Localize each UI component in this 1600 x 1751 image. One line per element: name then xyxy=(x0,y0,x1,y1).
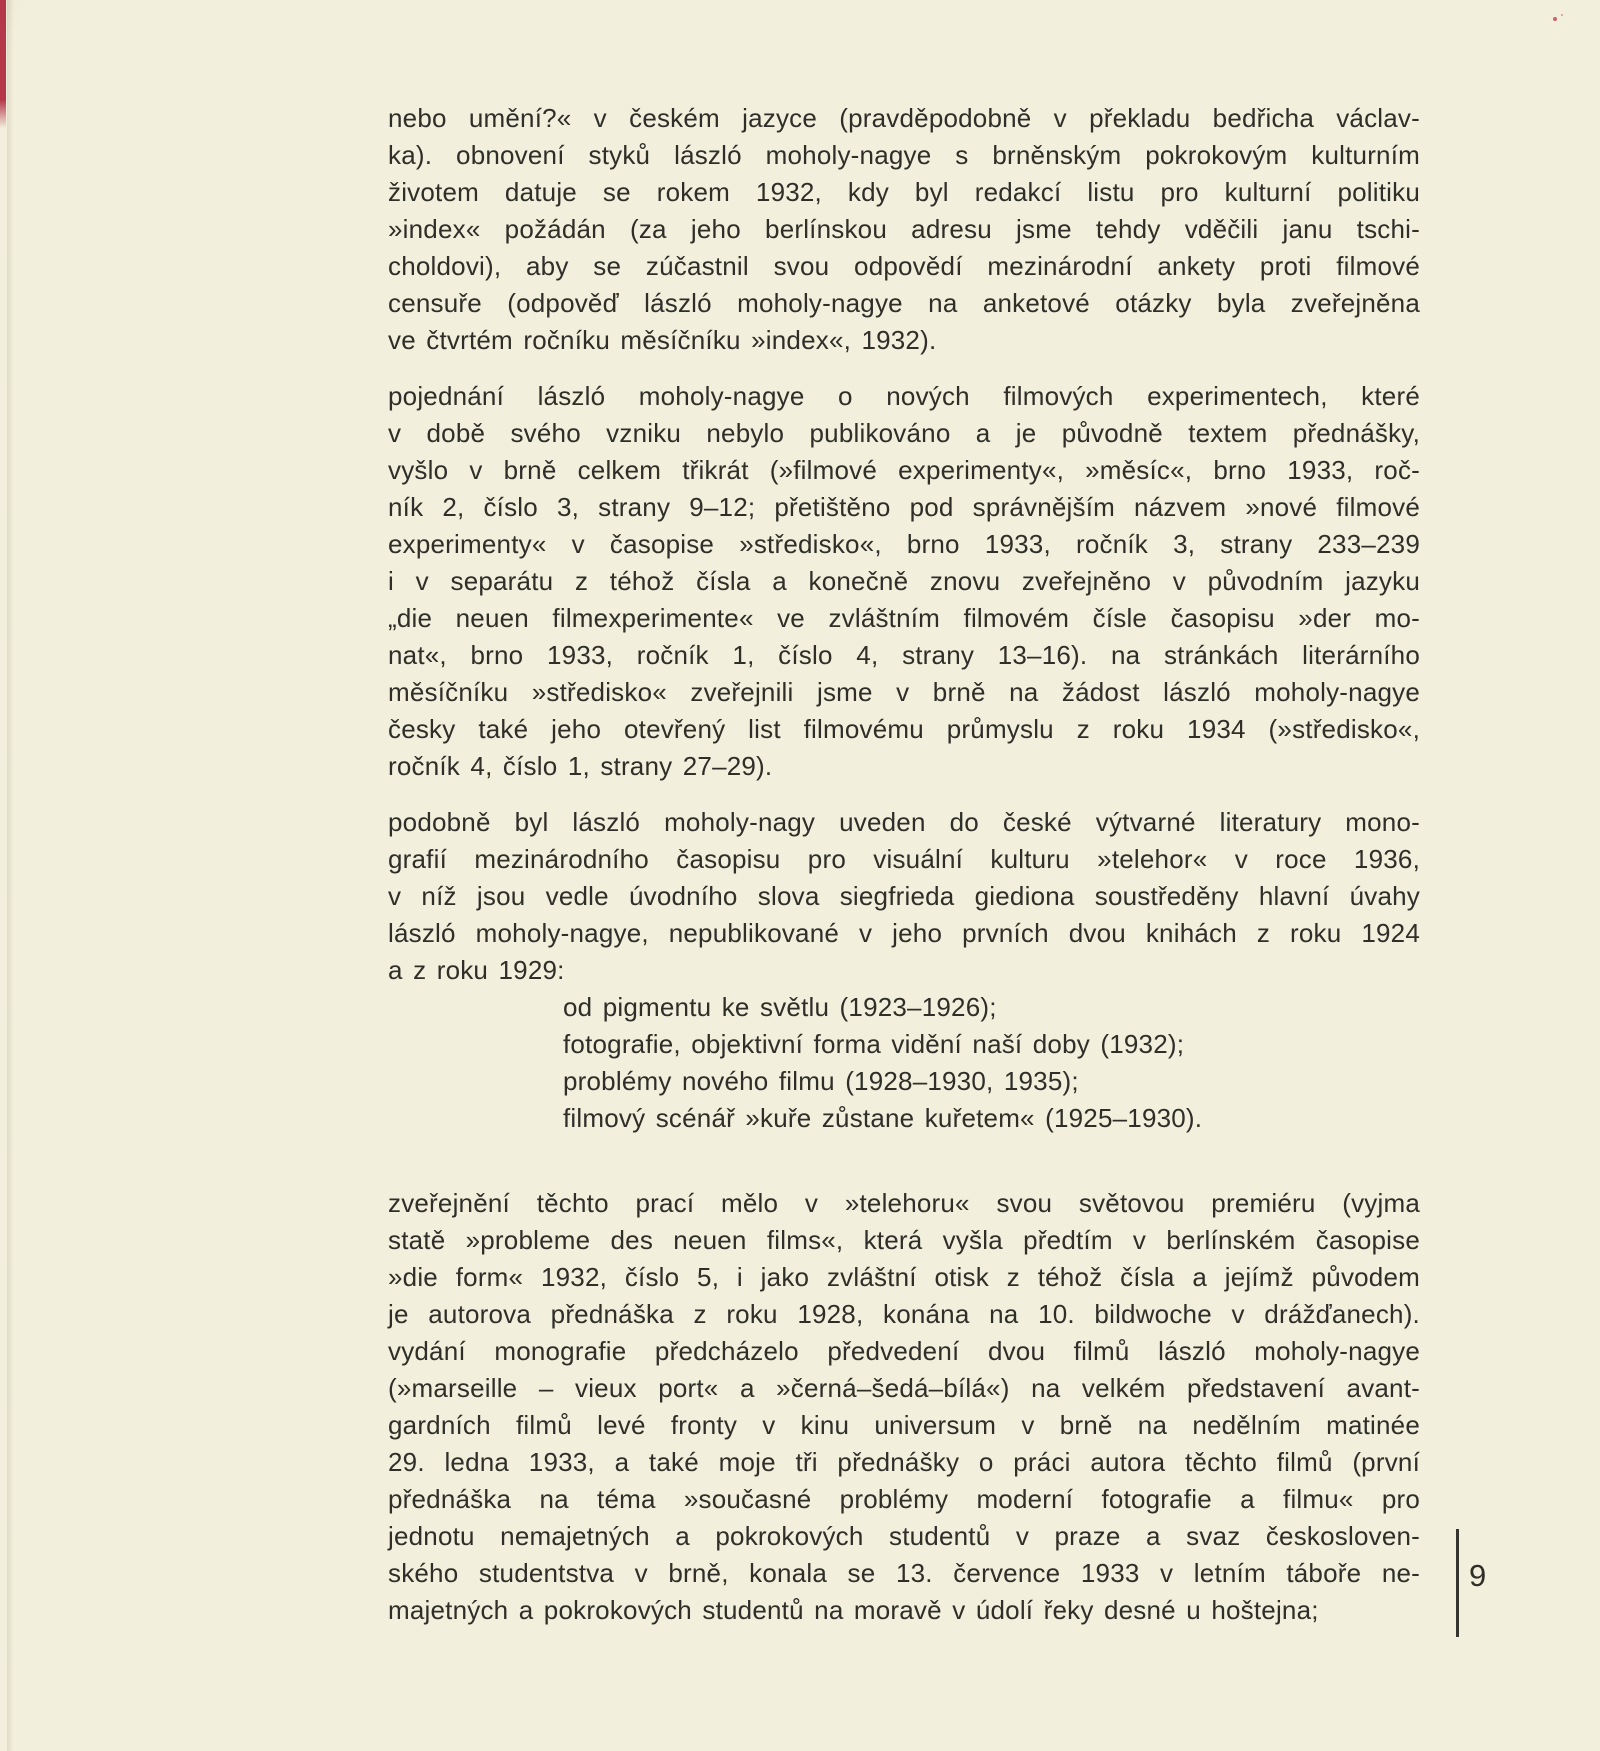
folio-rule xyxy=(1456,1529,1459,1637)
text-line: filmový scénář »kuře zůstane kuřetem« (1… xyxy=(563,1100,1420,1137)
text-line: nat«, brno 1933, ročník 1, číslo 4, stra… xyxy=(388,637,1420,674)
page-edge-shadow xyxy=(7,0,14,1751)
red-speckles xyxy=(1553,17,1557,21)
text-line: ník 2, číslo 3, strany 9–12; přetištěno … xyxy=(388,489,1420,526)
text-line: grafií mezinárodního časopisu pro visuál… xyxy=(388,841,1420,878)
text-line: ka). obnovení styků lászló moholy-nagye … xyxy=(388,137,1420,174)
text-line: přednáška na téma »současné problémy mod… xyxy=(388,1481,1420,1518)
text-line: vydání monografie předcházelo předvedení… xyxy=(388,1333,1420,1370)
text-line: měsíčníku »středisko« zveřejnili jsme v … xyxy=(388,674,1420,711)
text-line: pojednání lászló moholy-nagye o nových f… xyxy=(388,378,1420,415)
text-line: vyšlo v brně celkem třikrát (»filmové ex… xyxy=(388,452,1420,489)
text-line: »index« požádán (za jeho berlínskou adre… xyxy=(388,211,1420,248)
text-line: 29. ledna 1933, a také moje tři přednášk… xyxy=(388,1444,1420,1481)
text-line: ve čtvrtém ročníku měsíčníku »index«, 19… xyxy=(388,322,1420,359)
paragraph-2: pojednání lászló moholy-nagye o nových f… xyxy=(388,378,1420,785)
body-text: nebo umění?« v českém jazyce (pravděpodo… xyxy=(388,100,1420,1648)
text-line: ročník 4, číslo 1, strany 27–29). xyxy=(388,748,1420,785)
text-line: v níž jsou vedle úvodního slova siegfrie… xyxy=(388,878,1420,915)
text-line: od pigmentu ke světlu (1923–1926); xyxy=(563,989,1420,1026)
text-line: v době svého vzniku nebylo publikováno a… xyxy=(388,415,1420,452)
text-line: experimenty« v časopise »středisko«, brn… xyxy=(388,526,1420,563)
text-line: a z roku 1929: xyxy=(388,952,1420,989)
works-list: od pigmentu ke světlu (1923–1926);fotogr… xyxy=(388,989,1420,1137)
text-line: životem datuje se rokem 1932, kdy byl re… xyxy=(388,174,1420,211)
text-line: i v separátu z téhož čísla a konečně zno… xyxy=(388,563,1420,600)
text-line: gardních filmů levé fronty v kinu univer… xyxy=(388,1407,1420,1444)
text-line: choldovi), aby se zúčastnil svou odpověd… xyxy=(388,248,1420,285)
text-line: nebo umění?« v českém jazyce (pravděpodo… xyxy=(388,100,1420,137)
text-line: podobně byl lászló moholy-nagy uveden do… xyxy=(388,804,1420,841)
text-line: censuře (odpověď lászló moholy-nagye na … xyxy=(388,285,1420,322)
paragraph-4: zveřejnění těchto prací mělo v »telehoru… xyxy=(388,1185,1420,1629)
text-line: „die neuen filmexperimente« ve zvláštním… xyxy=(388,600,1420,637)
text-line: fotografie, objektivní forma vidění naší… xyxy=(563,1026,1420,1063)
red-edge-mark xyxy=(0,0,6,128)
text-line: ského studentstva v brně, konala se 13. … xyxy=(388,1555,1420,1592)
text-line: jednotu nemajetných a pokrokových studen… xyxy=(388,1518,1420,1555)
text-line: je autorova přednáška z roku 1928, konán… xyxy=(388,1296,1420,1333)
text-line: »die form« 1932, číslo 5, i jako zvláštn… xyxy=(388,1259,1420,1296)
text-line: majetných a pokrokových studentů na mora… xyxy=(388,1592,1420,1629)
text-line: problémy nového filmu (1928–1930, 1935); xyxy=(563,1063,1420,1100)
paragraph-3: podobně byl lászló moholy-nagy uveden do… xyxy=(388,804,1420,989)
text-line: statě »probleme des neuen films«, která … xyxy=(388,1222,1420,1259)
paragraph-1: nebo umění?« v českém jazyce (pravděpodo… xyxy=(388,100,1420,359)
text-line: lászló moholy-nagye, nepublikované v jeh… xyxy=(388,915,1420,952)
text-line: zveřejnění těchto prací mělo v »telehoru… xyxy=(388,1185,1420,1222)
book-page: nebo umění?« v českém jazyce (pravděpodo… xyxy=(0,0,1600,1751)
text-line: česky také jeho otevřený list filmovému … xyxy=(388,711,1420,748)
page-number: 9 xyxy=(1469,1557,1486,1594)
text-line: (»marseille – vieux port« a »černá–šedá–… xyxy=(388,1370,1420,1407)
